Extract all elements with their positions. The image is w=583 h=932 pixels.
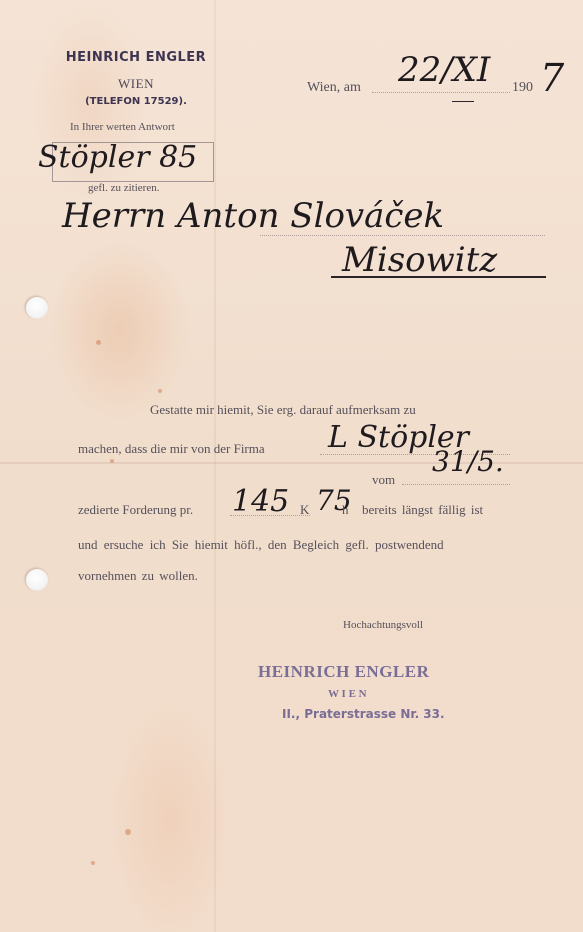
body-line-2-prefix: machen, dass die mir von der Firma — [78, 441, 265, 457]
stamp-address: II., Praterstrasse Nr. 33. — [282, 707, 445, 721]
body-line-4-prefix: zedierte Forderung pr. — [78, 502, 193, 518]
vom-dotted-line — [402, 484, 510, 485]
date-dotted-line — [372, 92, 510, 93]
recipient-dotted-line — [260, 235, 545, 236]
body-line-6: vornehmen zu wollen. — [78, 568, 510, 584]
letterhead-telephone: (TELEFON 17529). — [62, 96, 210, 107]
handwritten-assignment-date: 31/5. — [432, 445, 504, 478]
handwritten-date: 22/XI — [398, 50, 490, 90]
recipient-name: Herrn Anton Slováček — [62, 196, 444, 236]
reference-label-above: In Ihrer werten Antwort — [70, 121, 175, 133]
stain-spot — [96, 340, 101, 345]
stamp-company-name: HEINRICH ENGLER — [258, 662, 429, 682]
recipient-place: Misowitz — [342, 240, 497, 280]
punch-hole — [26, 297, 48, 319]
handwritten-amount-kronen: 145 — [232, 484, 289, 519]
paper-fold-line — [214, 0, 216, 932]
stain-spot — [158, 389, 162, 393]
date-printed-prefix: Wien, am — [307, 80, 361, 96]
stain-spot — [110, 459, 114, 463]
stamp-city: W I E N — [328, 688, 367, 700]
body-line-5: und ersuche ich Sie hiemit höfl., den Be… — [78, 537, 510, 553]
body-vom-label: vom — [372, 472, 395, 488]
reference-label-below: gefl. zu zitieren. — [88, 182, 159, 194]
closing-salutation: Hochachtungsvoll — [343, 619, 423, 631]
letterhead-company-name: HEINRICH ENGLER — [62, 50, 210, 65]
currency-kronen-label: K — [300, 502, 309, 518]
punch-hole — [26, 569, 48, 591]
handwritten-reference: Stöpler 85 — [38, 140, 197, 175]
body-line-4-suffix: bereits längst fällig ist — [362, 502, 483, 518]
letterhead-city: WIEN — [62, 76, 210, 92]
currency-heller-label: h — [342, 502, 349, 518]
date-month-underline — [452, 101, 474, 102]
stain-spot — [91, 861, 95, 865]
body-line-1: Gestatte mir hiemit, Sie erg. darauf auf… — [78, 402, 510, 418]
handwritten-year-digit: 7 — [540, 56, 564, 100]
stain-spot — [125, 829, 131, 835]
recipient-place-underline — [331, 276, 546, 278]
date-year-prefix: 190 — [512, 80, 533, 96]
